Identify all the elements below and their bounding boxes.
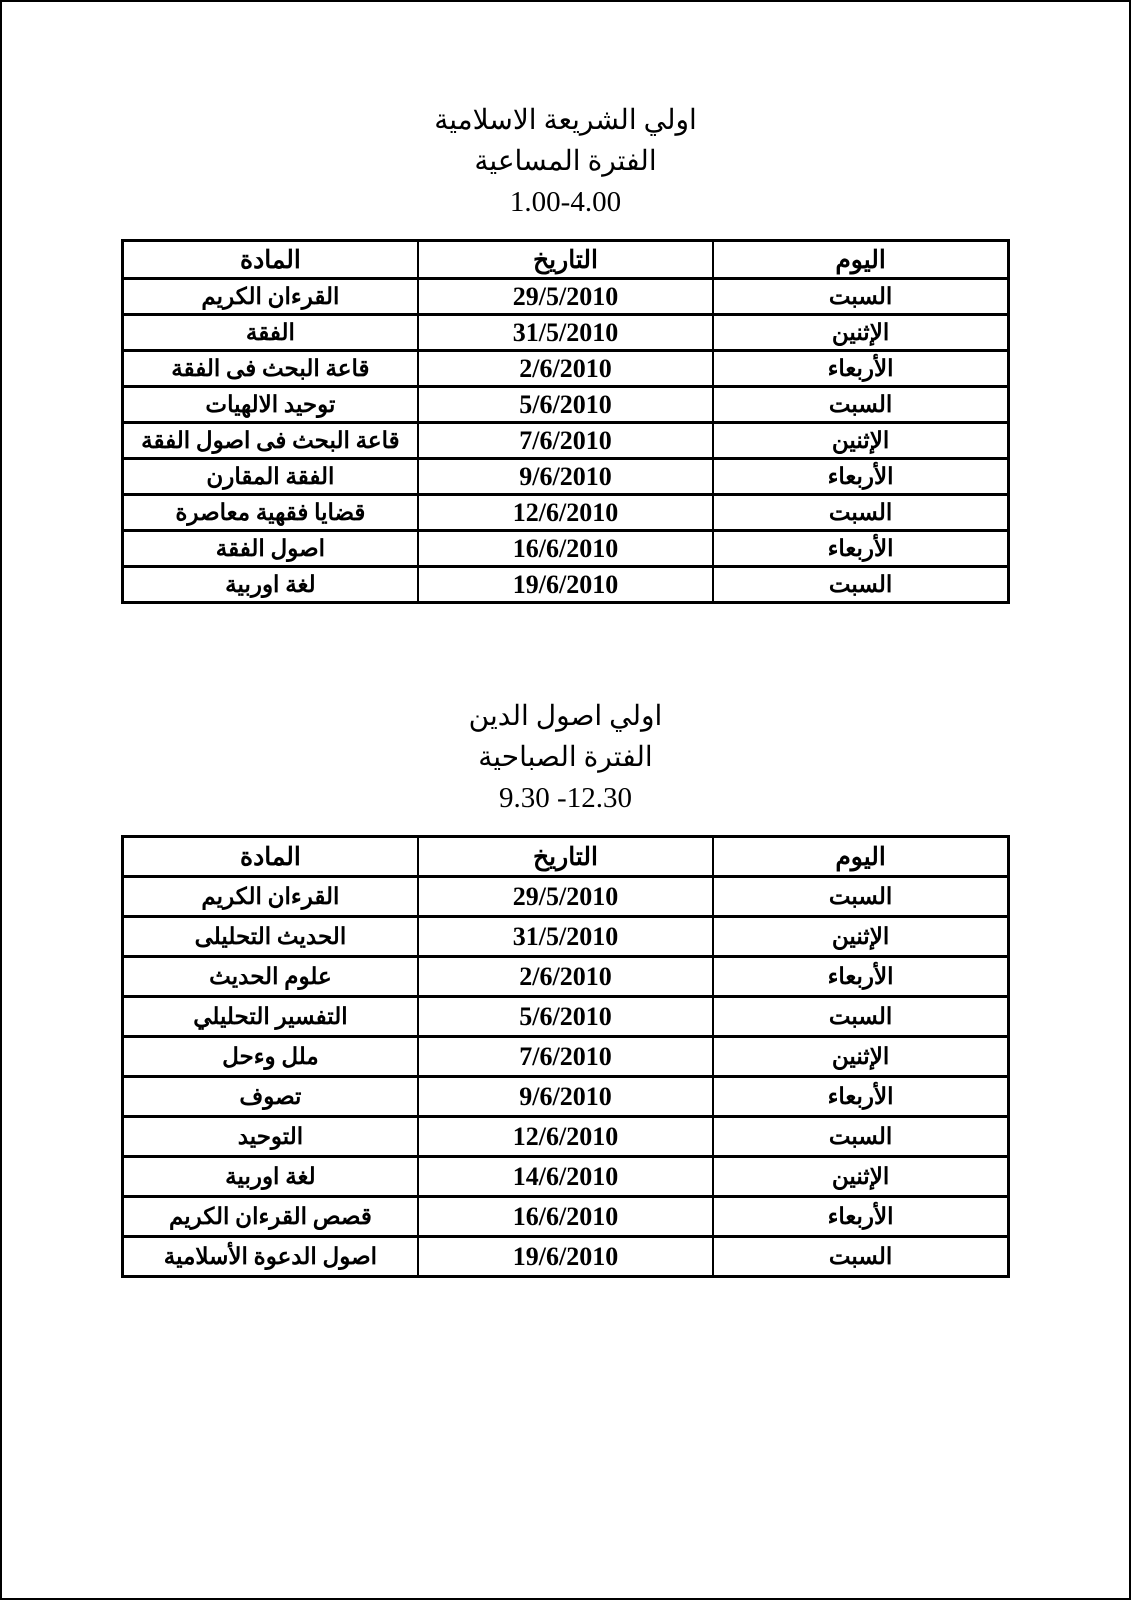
subject-cell: القرءان الكريم	[123, 877, 418, 917]
subject-cell: القرءان الكريم	[123, 279, 418, 315]
subject-cell: التفسير التحليلي	[123, 997, 418, 1037]
section-title: اولي اصول الدين	[2, 696, 1129, 737]
day-cell: الأربعاء	[713, 957, 1008, 997]
date-cell: 5/6/2010	[418, 387, 713, 423]
subject-cell: قاعة البحث فى اصول الفقة	[123, 423, 418, 459]
table-row: التفسير التحليلي5/6/2010السبت	[123, 997, 1009, 1037]
day-cell: السبت	[713, 279, 1008, 315]
table-row: القرءان الكريم29/5/2010السبت	[123, 877, 1009, 917]
date-cell: 9/6/2010	[418, 1077, 713, 1117]
day-cell: الأربعاء	[713, 531, 1008, 567]
day-cell: الأربعاء	[713, 351, 1008, 387]
day-cell: الأربعاء	[713, 459, 1008, 495]
day-cell: السبت	[713, 567, 1008, 603]
date-cell: 12/6/2010	[418, 495, 713, 531]
date-cell: 31/5/2010	[418, 917, 713, 957]
exam-schedule-table: المادة التاريخ اليوم القرءان الكريم29/5/…	[121, 835, 1010, 1278]
day-cell: السبت	[713, 877, 1008, 917]
table-row: لغة اوربية14/6/2010الإثنين	[123, 1157, 1009, 1197]
date-cell: 14/6/2010	[418, 1157, 713, 1197]
date-cell: 31/5/2010	[418, 315, 713, 351]
exam-schedule-table: المادة التاريخ اليوم القرءان الكريم29/5/…	[121, 239, 1010, 604]
subject-cell: الفقة المقارن	[123, 459, 418, 495]
table-row: توحيد الالهيات5/6/2010السبت	[123, 387, 1009, 423]
table-header-row: المادة التاريخ اليوم	[123, 837, 1009, 877]
subject-column-header: المادة	[123, 241, 418, 279]
table-row: التوحيد12/6/2010السبت	[123, 1117, 1009, 1157]
date-cell: 29/5/2010	[418, 877, 713, 917]
date-cell: 16/6/2010	[418, 531, 713, 567]
subject-cell: توحيد الالهيات	[123, 387, 418, 423]
table-row: لغة اوربية19/6/2010السبت	[123, 567, 1009, 603]
day-cell: الإثنين	[713, 1037, 1008, 1077]
document-page: اولي الشريعة الاسلامية الفترة المساعية 1…	[0, 0, 1131, 1600]
day-cell: السبت	[713, 997, 1008, 1037]
subject-cell: اصول الفقة	[123, 531, 418, 567]
date-column-header: التاريخ	[418, 241, 713, 279]
subject-cell: قضايا فقهية معاصرة	[123, 495, 418, 531]
header-row: المادة التاريخ اليوم	[123, 241, 1009, 279]
day-cell: الأربعاء	[713, 1197, 1008, 1237]
table-row: القرءان الكريم29/5/2010السبت	[123, 279, 1009, 315]
section-time: 9.30 -12.30	[2, 778, 1129, 819]
subject-cell: ملل وءحل	[123, 1037, 418, 1077]
table-row: قاعة البحث فى اصول الفقة7/6/2010الإثنين	[123, 423, 1009, 459]
date-cell: 2/6/2010	[418, 957, 713, 997]
subject-cell: تصوف	[123, 1077, 418, 1117]
table-row: الفقة31/5/2010الإثنين	[123, 315, 1009, 351]
section-period: الفترة الصباحية	[2, 737, 1129, 778]
day-cell: السبت	[713, 1237, 1008, 1277]
day-cell: الإثنين	[713, 1157, 1008, 1197]
schedule-section-usul-aldin: اولي اصول الدين الفترة الصباحية 9.30 -12…	[2, 604, 1129, 1278]
date-cell: 9/6/2010	[418, 459, 713, 495]
day-cell: الإثنين	[713, 917, 1008, 957]
subject-cell: علوم الحديث	[123, 957, 418, 997]
subject-column-header: المادة	[123, 837, 418, 877]
date-cell: 7/6/2010	[418, 1037, 713, 1077]
subject-cell: الفقة	[123, 315, 418, 351]
subject-cell: الحديث التحليلى	[123, 917, 418, 957]
section-period: الفترة المساعية	[2, 141, 1129, 182]
section-heading: اولي الشريعة الاسلامية الفترة المساعية 1…	[2, 2, 1129, 223]
date-column-header: التاريخ	[418, 837, 713, 877]
date-cell: 7/6/2010	[418, 423, 713, 459]
table-row: تصوف9/6/2010الأربعاء	[123, 1077, 1009, 1117]
table-row: اصول الدعوة الأسلامية19/6/2010السبت	[123, 1237, 1009, 1277]
date-cell: 2/6/2010	[418, 351, 713, 387]
table-row: ملل وءحل7/6/2010الإثنين	[123, 1037, 1009, 1077]
table-body: القرءان الكريم29/5/2010السبتالحديث التحل…	[123, 877, 1009, 1277]
day-cell: الأربعاء	[713, 1077, 1008, 1117]
date-cell: 29/5/2010	[418, 279, 713, 315]
subject-cell: اصول الدعوة الأسلامية	[123, 1237, 418, 1277]
section-time: 1.00-4.00	[2, 182, 1129, 223]
subject-cell: لغة اوربية	[123, 1157, 418, 1197]
table-row: علوم الحديث2/6/2010الأربعاء	[123, 957, 1009, 997]
day-column-header: اليوم	[713, 241, 1008, 279]
table-row: اصول الفقة16/6/2010الأربعاء	[123, 531, 1009, 567]
day-cell: الإثنين	[713, 423, 1008, 459]
table-row: الحديث التحليلى31/5/2010الإثنين	[123, 917, 1009, 957]
day-cell: السبت	[713, 387, 1008, 423]
day-cell: الإثنين	[713, 315, 1008, 351]
date-cell: 5/6/2010	[418, 997, 713, 1037]
table-row: قصص القرءان الكريم16/6/2010الأربعاء	[123, 1197, 1009, 1237]
date-cell: 19/6/2010	[418, 567, 713, 603]
table-header-row: المادة التاريخ اليوم	[123, 241, 1009, 279]
day-column-header: اليوم	[713, 837, 1008, 877]
section-heading: اولي اصول الدين الفترة الصباحية 9.30 -12…	[2, 604, 1129, 819]
subject-cell: قصص القرءان الكريم	[123, 1197, 418, 1237]
section-title: اولي الشريعة الاسلامية	[2, 100, 1129, 141]
date-cell: 16/6/2010	[418, 1197, 713, 1237]
schedule-section-sharia: اولي الشريعة الاسلامية الفترة المساعية 1…	[2, 2, 1129, 604]
table-row: الفقة المقارن9/6/2010الأربعاء	[123, 459, 1009, 495]
table-row: قضايا فقهية معاصرة12/6/2010السبت	[123, 495, 1009, 531]
subject-cell: قاعة البحث فى الفقة	[123, 351, 418, 387]
table-body: القرءان الكريم29/5/2010السبتالفقة31/5/20…	[123, 279, 1009, 603]
day-cell: السبت	[713, 495, 1008, 531]
date-cell: 19/6/2010	[418, 1237, 713, 1277]
table-row: قاعة البحث فى الفقة2/6/2010الأربعاء	[123, 351, 1009, 387]
header-row: المادة التاريخ اليوم	[123, 837, 1009, 877]
day-cell: السبت	[713, 1117, 1008, 1157]
subject-cell: التوحيد	[123, 1117, 418, 1157]
date-cell: 12/6/2010	[418, 1117, 713, 1157]
subject-cell: لغة اوربية	[123, 567, 418, 603]
